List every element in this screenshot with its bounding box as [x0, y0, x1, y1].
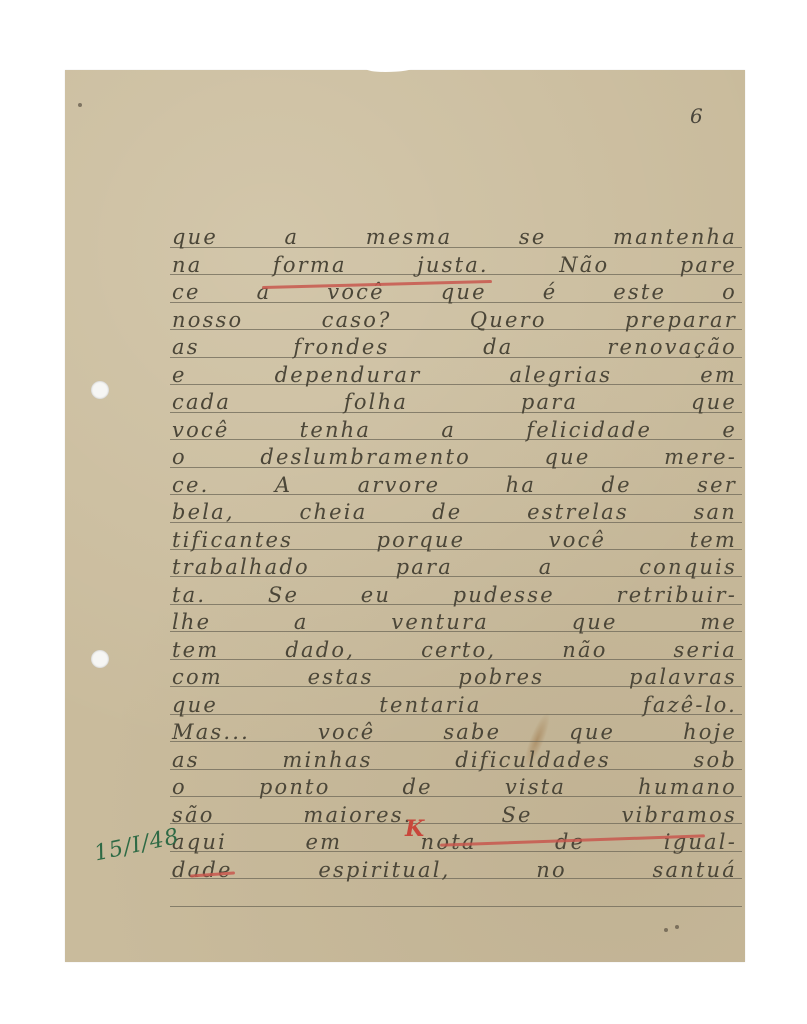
red-correction-mark: K [405, 816, 424, 842]
text-line: tem dado, certo, não seria [172, 637, 737, 663]
text-line: as minhas dificuldades sob [172, 747, 737, 773]
text-line: o ponto de vista humano [172, 774, 737, 800]
text-line: cada folha para que [172, 389, 737, 415]
text-line: dade espiritual, no santuá [172, 857, 737, 883]
text-line: trabalhado para a conquis [172, 554, 737, 580]
paper-speck [675, 925, 679, 929]
punch-hole-lower [91, 650, 109, 668]
text-line: aqui em nota de igual- [172, 829, 737, 855]
text-line: lhe a ventura que me [172, 609, 737, 635]
text-line: com estas pobres palavras [172, 664, 737, 690]
text-line: as frondes da renovação [172, 334, 737, 360]
text-line: são maiores. Se vibramos [172, 802, 737, 828]
ruled-line [170, 906, 742, 907]
text-line: o deslumbramento que mere- [172, 444, 737, 470]
text-line: bela, cheia de estrelas san [172, 499, 737, 525]
text-line: nosso caso? Quero preparar [172, 307, 737, 333]
page-number: 6 [690, 104, 703, 128]
text-line: ce. A arvore ha de ser [172, 472, 737, 498]
text-line: você tenha a felicidade e [172, 417, 737, 443]
text-line: que a mesma se mantenha [172, 224, 737, 250]
text-line: Mas... você sabe que hoje [172, 719, 737, 745]
paper-speck [664, 928, 668, 932]
text-line: e dependurar alegrias em [172, 362, 737, 388]
paper-speck [78, 103, 82, 107]
punch-hole-upper [91, 381, 109, 399]
text-line: que tentaria fazê-lo. [172, 692, 737, 718]
text-line: ta. Se eu pudesse retribuir- [172, 582, 737, 608]
text-line: na forma justa. Não pare [172, 252, 737, 278]
text-line: tificantes porque você tem [172, 527, 737, 553]
